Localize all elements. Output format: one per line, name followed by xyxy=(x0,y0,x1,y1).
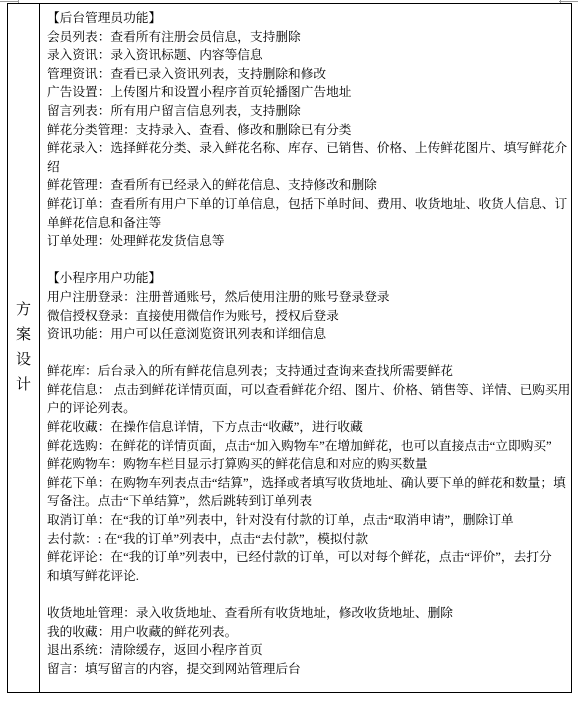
content-line: 鲜花信息： 点击到鲜花详情页面，可以查看鲜花介绍、图片、价格、销售等、详情、已购… xyxy=(47,381,569,400)
content-line: 户的评论列表。 xyxy=(47,399,569,418)
content-line: 广告设置：上传图片和设置小程序首页轮播图广告地址 xyxy=(47,83,569,102)
content-line: 取消订单：在“我的订单”列表中，针对没有付款的订单，点击“取消申请”，删除订单 xyxy=(47,511,569,530)
row-header-cell: 方案设计 xyxy=(8,4,40,692)
content-line: 鲜花收藏：在操作信息详情，下方点击“收藏”，进行收藏 xyxy=(47,418,569,437)
row-content-cell: 【后台管理员功能】会员列表：查看所有注册会员信息，支持删除录入资讯：录入资讯标题… xyxy=(40,4,571,692)
content-line: 绍 xyxy=(47,158,569,177)
row-label-char: 计 xyxy=(16,373,31,398)
top-right-remnant-line xyxy=(559,1,578,2)
content-line: 鲜花选购：在鲜花的详情页面，点击“加入购物车”在增加鲜花，也可以直接点击“立即购… xyxy=(47,437,569,456)
blank-line xyxy=(47,585,569,604)
content-line: 鲜花购物车：购物车栏目显示打算购买的鲜花信息和对应的购买数量 xyxy=(47,455,569,474)
content-line: 我的收藏：用户收藏的鲜花列表。 xyxy=(47,623,569,642)
content-line: 鲜花录入：选择鲜花分类、录入鲜花名称、库存、已销售、价格、上传鲜花图片、填写鲜花… xyxy=(47,139,569,158)
table-row: 方案设计 【后台管理员功能】会员列表：查看所有注册会员信息，支持删除录入资讯：录… xyxy=(7,3,572,693)
content-line: 收货地址管理：录入收货地址、查看所有收货地址，修改收货地址、删除 xyxy=(47,604,569,623)
content-line: 鲜花下单：在购物车列表点击“结算”，选择或者填写收货地址、确认要下单的鲜花和数量… xyxy=(47,474,569,493)
content-line: 鲜花分类管理：支持录入、查看、修改和删除已有分类 xyxy=(47,121,569,140)
content-line: 录入资讯：录入资讯标题、内容等信息 xyxy=(47,46,569,65)
content-line: 写备注。点击“下单结算”，然后跳转到订单列表 xyxy=(47,492,569,511)
row-label-char: 设 xyxy=(16,348,31,373)
content-line: 订单处理：处理鲜花发货信息等 xyxy=(47,232,569,251)
blank-line xyxy=(47,344,569,363)
content-line: 留言：填写留言的内容，提交到网站管理后台 xyxy=(47,660,569,679)
content-line: 管理资讯：查看已录入资讯列表，支持删除和修改 xyxy=(47,65,569,84)
content-line: 鲜花评论：在“我的订单”列表中，已经付款的订单，可以对每个鲜花，点击“评价”，去… xyxy=(47,548,569,567)
content-line: 和填写鲜花评论. xyxy=(47,567,569,586)
content-line: 留言列表：所有用户留言信息列表，支持删除 xyxy=(47,102,569,121)
blank-line xyxy=(47,251,569,270)
content-line: 资讯功能：用户可以任意浏览资讯列表和详细信息 xyxy=(47,325,569,344)
document-page: 方案设计 【后台管理员功能】会员列表：查看所有注册会员信息，支持删除录入资讯：录… xyxy=(0,0,578,708)
top-left-remnant-line xyxy=(0,1,19,2)
content-line: 【小程序用户功能】 xyxy=(47,269,569,288)
content-line: 去付款：: 在“我的订单”列表中，点击“去付款”，模拟付款 xyxy=(47,530,569,549)
content-line: 用户注册登录：注册普通账号，然后使用注册的账号登录登录 xyxy=(47,288,569,307)
content-line: 【后台管理员功能】 xyxy=(47,9,569,28)
content-line: 鲜花库：后台录入的所有鲜花信息列表；支持通过查询来查找所需要鲜花 xyxy=(47,362,569,381)
content-line: 单鲜花信息和备注等 xyxy=(47,214,569,233)
row-label-char: 方 xyxy=(16,298,31,323)
content-line: 退出系统：清除缓存，返回小程序首页 xyxy=(47,641,569,660)
content-line: 鲜花管理：查看所有已经录入的鲜花信息、支持修改和删除 xyxy=(47,176,569,195)
content-line: 会员列表：查看所有注册会员信息，支持删除 xyxy=(47,28,569,47)
row-label-char: 案 xyxy=(16,323,31,348)
content-line: 微信授权登录：直接使用微信作为账号，授权后登录 xyxy=(47,307,569,326)
content-line: 鲜花订单：查看所有用户下单的订单信息，包括下单时间、费用、收货地址、收货人信息、… xyxy=(47,195,569,214)
